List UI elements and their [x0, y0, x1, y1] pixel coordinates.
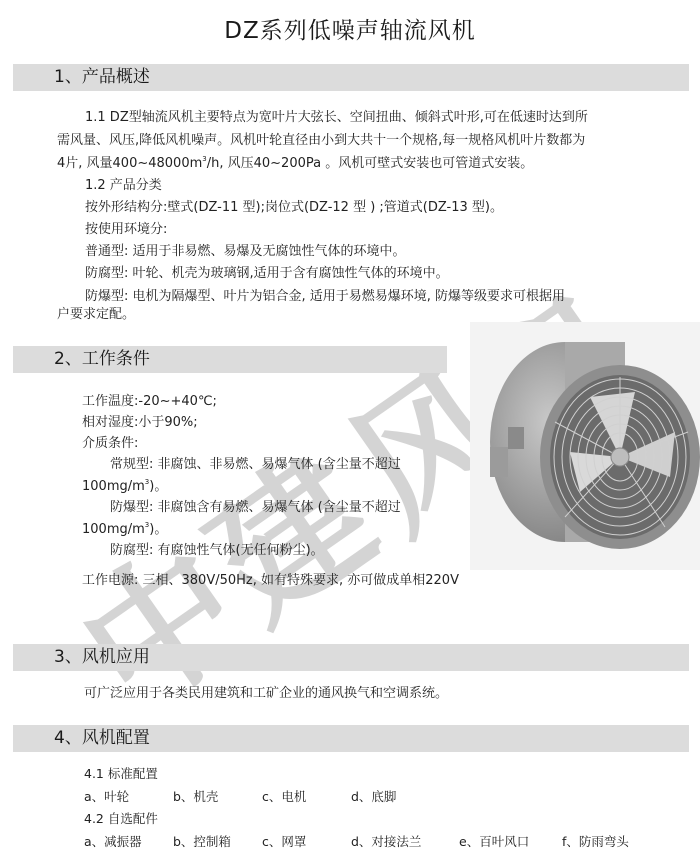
- paragraph-line: 户要求定配。: [57, 306, 135, 324]
- section-heading: 4、风机配置: [54, 725, 150, 752]
- config-item: c、网罩: [262, 833, 306, 851]
- paragraph-line: 按使用环境分:: [85, 221, 167, 239]
- config-item: c、电机: [262, 788, 306, 806]
- section-heading: 2、工作条件: [54, 346, 150, 373]
- paragraph-line: 普通型: 适用于非易燃、易爆及无腐蚀性气体的环境中。: [85, 243, 406, 261]
- condition-power: 工作电源: 三相、380V/50Hz, 如有特殊要求, 亦可做成单相220V: [82, 572, 459, 590]
- fan-image: [470, 322, 700, 570]
- medium-explosion-proof-cont: 100mg/m3)。: [82, 521, 167, 539]
- paragraph-line: 1.1 DZ型轴流风机主要特点为宽叶片大弦长、空间扭曲、倾斜式叶形,可在低速时达…: [85, 109, 588, 127]
- config-item: a、减振器: [84, 833, 142, 851]
- config-item: a、叶轮: [84, 788, 129, 806]
- condition-temperature: 工作温度:-20~+40℃;: [82, 393, 217, 411]
- config-item: b、控制箱: [173, 833, 231, 851]
- paragraph-line: 防爆型: 电机为隔爆型、叶片为铝合金, 适用于易燃易爆环境, 防爆等级要求可根据…: [85, 288, 565, 306]
- condition-medium: 介质条件:: [82, 435, 138, 453]
- section-heading: 3、风机应用: [54, 644, 150, 671]
- section-header-configuration: 4、风机配置: [13, 725, 689, 752]
- paragraph-line: 需风量、风压,降低风机噪声。风机叶轮直径由小到大共十一个规格,每一规格风机叶片数…: [57, 132, 585, 150]
- medium-normal: 常规型: 非腐蚀、非易燃、易爆气体 (含尘量不超过: [110, 456, 401, 474]
- config-item: b、机壳: [173, 788, 218, 806]
- optional-config-title: 4.2 自选配件: [84, 810, 158, 828]
- medium-normal-cont: 100mg/m3)。: [82, 478, 167, 496]
- section-header-overview: 1、产品概述: [13, 64, 689, 91]
- section-header-working-conditions: 2、工作条件: [13, 346, 447, 373]
- medium-explosion-proof: 防爆型: 非腐蚀含有易燃、易爆气体 (含尘量不超过: [110, 499, 401, 517]
- config-item: e、百叶风口: [459, 833, 529, 851]
- medium-anticorrosion: 防腐型: 有腐蚀性气体(无任何粉尘)。: [110, 542, 324, 560]
- paragraph-line: 4片, 风量400~48000m3/h, 风压40~200Pa 。风机可壁式安装…: [57, 155, 533, 173]
- config-item: f、防雨弯头: [562, 833, 629, 851]
- config-item: d、对接法兰: [351, 833, 421, 851]
- paragraph-line: 防腐型: 叶轮、机壳为玻璃钢,适用于含有腐蚀性气体的环境中。: [85, 265, 449, 283]
- watermark-char: 建: [162, 397, 409, 660]
- section-header-application: 3、风机应用: [13, 644, 689, 671]
- paragraph-line: 按外形结构分:壁式(DZ-11 型);岗位式(DZ-12 型 ) ;管道式(DZ…: [85, 199, 503, 217]
- condition-humidity: 相对湿度:小于90%;: [82, 414, 198, 432]
- standard-config-title: 4.1 标准配置: [84, 765, 158, 783]
- config-item: d、底脚: [351, 788, 396, 806]
- application-text: 可广泛应用于各类民用建筑和工矿企业的通风换气和空调系统。: [84, 685, 448, 703]
- subheading-classification: 1.2 产品分类: [85, 177, 162, 195]
- section-heading: 1、产品概述: [54, 64, 150, 91]
- document-title: DZ系列低噪声轴流风机: [0, 12, 700, 45]
